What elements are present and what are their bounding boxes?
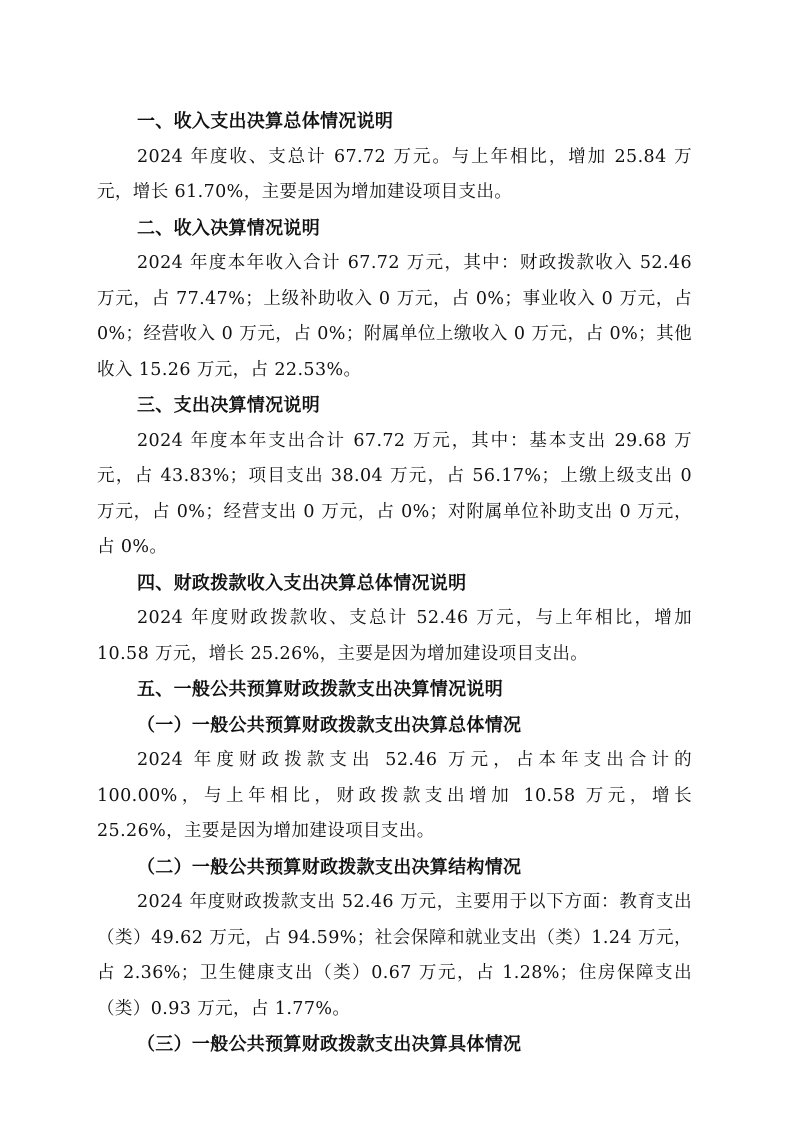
document-page: 一、收入支出决算总体情况说明 2024 年度收、支总计 67.72 万元。与上年… xyxy=(97,104,692,1063)
subsection-paragraph-1: 2024 年度财政拨款支出 52.46 万元，占本年支出合计的 100.00%，… xyxy=(97,743,692,850)
section-heading-2: 二、收入决算情况说明 xyxy=(97,211,692,247)
section-paragraph-3: 2024 年度本年支出合计 67.72 万元，其中：基本支出 29.68 万元，… xyxy=(97,424,692,566)
subsection-heading-3: （三）一般公共预算财政拨款支出决算具体情况 xyxy=(97,1027,692,1063)
section-paragraph-1: 2024 年度收、支总计 67.72 万元。与上年相比，增加 25.84 万元，… xyxy=(97,140,692,211)
subsection-heading-1: （一）一般公共预算财政拨款支出决算总体情况 xyxy=(97,708,692,744)
section-heading-3: 三、支出决算情况说明 xyxy=(97,388,692,424)
section-paragraph-2: 2024 年度本年收入合计 67.72 万元，其中：财政拨款收入 52.46 万… xyxy=(97,246,692,388)
section-heading-4: 四、财政拨款收入支出决算总体情况说明 xyxy=(97,566,692,602)
subsection-paragraph-2: 2024 年度财政拨款支出 52.46 万元，主要用于以下方面：教育支出（类）4… xyxy=(97,885,692,1027)
section-paragraph-4: 2024 年度财政拨款收、支总计 52.46 万元，与上年相比，增加 10.58… xyxy=(97,601,692,672)
subsection-heading-2: （二）一般公共预算财政拨款支出决算结构情况 xyxy=(97,850,692,886)
section-heading-5: 五、一般公共预算财政拨款支出决算情况说明 xyxy=(97,672,692,708)
section-heading-1: 一、收入支出决算总体情况说明 xyxy=(97,104,692,140)
